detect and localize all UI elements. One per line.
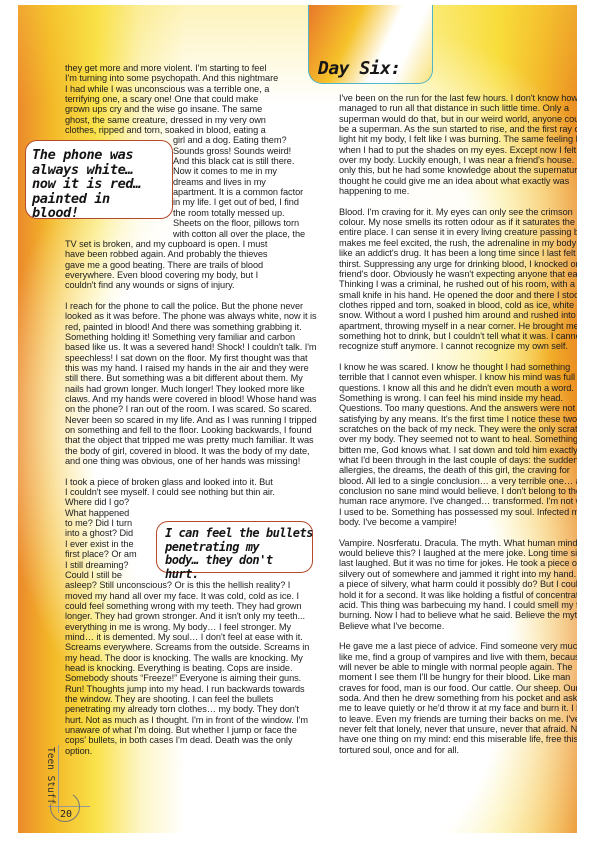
text-line: apartment. It is a common factor xyxy=(173,187,317,197)
section-label: Teen Stuff xyxy=(45,747,56,804)
text-line: Sheets on the floor, pillows torn xyxy=(173,218,317,228)
text-line: Now it comes to me in my xyxy=(173,166,317,176)
page-number: 20 xyxy=(60,809,72,820)
text-line: clothes, ripped and torn, soaked in bloo… xyxy=(65,125,317,135)
quote-line: blood! xyxy=(32,206,168,221)
quote-line: I can feel the bullets xyxy=(165,527,309,541)
quote-line: The phone was xyxy=(32,148,168,163)
quote-line: penetrating my xyxy=(165,541,309,555)
text-line: have been robbed again. And probably the… xyxy=(65,249,317,259)
text-line: they get more and more violent. I'm star… xyxy=(65,63,317,73)
text-line: girl and a dog. Eating them? xyxy=(173,135,317,145)
text-line: grown ups cry and the wise go insane. Th… xyxy=(65,104,317,114)
text-line: I couldn't see myself. I could see nothi… xyxy=(65,487,317,497)
text-line: everywhere. Even blood covering my body,… xyxy=(65,270,317,280)
text-line: ghost, the same creature, dressed in my … xyxy=(65,115,317,125)
paragraph-2: I reach for the phone to call the police… xyxy=(65,301,317,467)
text-line: dreams and lives in my xyxy=(173,177,317,187)
text-line: What happened xyxy=(65,508,317,518)
paragraph-3-tail: asleep? Still unconscious? Or is this th… xyxy=(65,580,317,756)
quote-line: painted in xyxy=(32,192,168,207)
right-column: I've been on the run for the last few ho… xyxy=(339,93,577,765)
quote-line: now it is red… xyxy=(32,177,168,192)
paragraph-3: I took a piece of broken glass and looke… xyxy=(65,477,317,756)
text-line: TV set is broken, and my cupboard is ope… xyxy=(65,239,317,249)
paragraph: He gave me a last piece of advice. Find … xyxy=(339,641,577,755)
quote-line: always white… xyxy=(32,163,168,178)
day-six-heading: Day Six: xyxy=(318,58,401,79)
paragraph: Vampire. Nosrferatu. Dracula. The myth. … xyxy=(339,538,577,631)
text-line: gave me a good beating. There are trails… xyxy=(65,260,317,270)
text-line: I'm turning into some psychopath. And th… xyxy=(65,73,317,83)
text-line: with cotton all over the place, the xyxy=(173,229,317,239)
text-line: And this black cat is still there. xyxy=(173,156,317,166)
text-line: Sounds gross! Sounds weird! xyxy=(173,146,317,156)
paragraph: Blood. I'm craving for it. My eyes can o… xyxy=(339,207,577,352)
day-six-heading-box: Day Six: xyxy=(308,5,433,84)
paragraph: I've been on the run for the last few ho… xyxy=(339,93,577,196)
text-line: couldn't find any wounds or signs of inj… xyxy=(65,280,317,290)
text-line: in my life. I get out of bed, I find xyxy=(173,197,317,207)
text-line: terrifying one, a scary one! One that co… xyxy=(65,94,317,104)
quote-line: body… they don't xyxy=(165,554,309,568)
quote-line: hurt. xyxy=(165,568,309,582)
pull-quote-bullets: I can feel the bullets penetrating my bo… xyxy=(156,521,313,573)
text-line: Where did I go? xyxy=(65,497,317,507)
pull-quote-phone: The phone was always white… now it is re… xyxy=(25,140,173,219)
text-line: the room totally messed up. xyxy=(173,208,317,218)
text-line: I took a piece of broken glass and looke… xyxy=(65,477,317,487)
text-line: I had while I was unconscious was a terr… xyxy=(65,84,317,94)
paragraph: I know he was scared. I know he thought … xyxy=(339,362,577,528)
magazine-page: Day Six: they get more and more violent.… xyxy=(18,5,577,833)
